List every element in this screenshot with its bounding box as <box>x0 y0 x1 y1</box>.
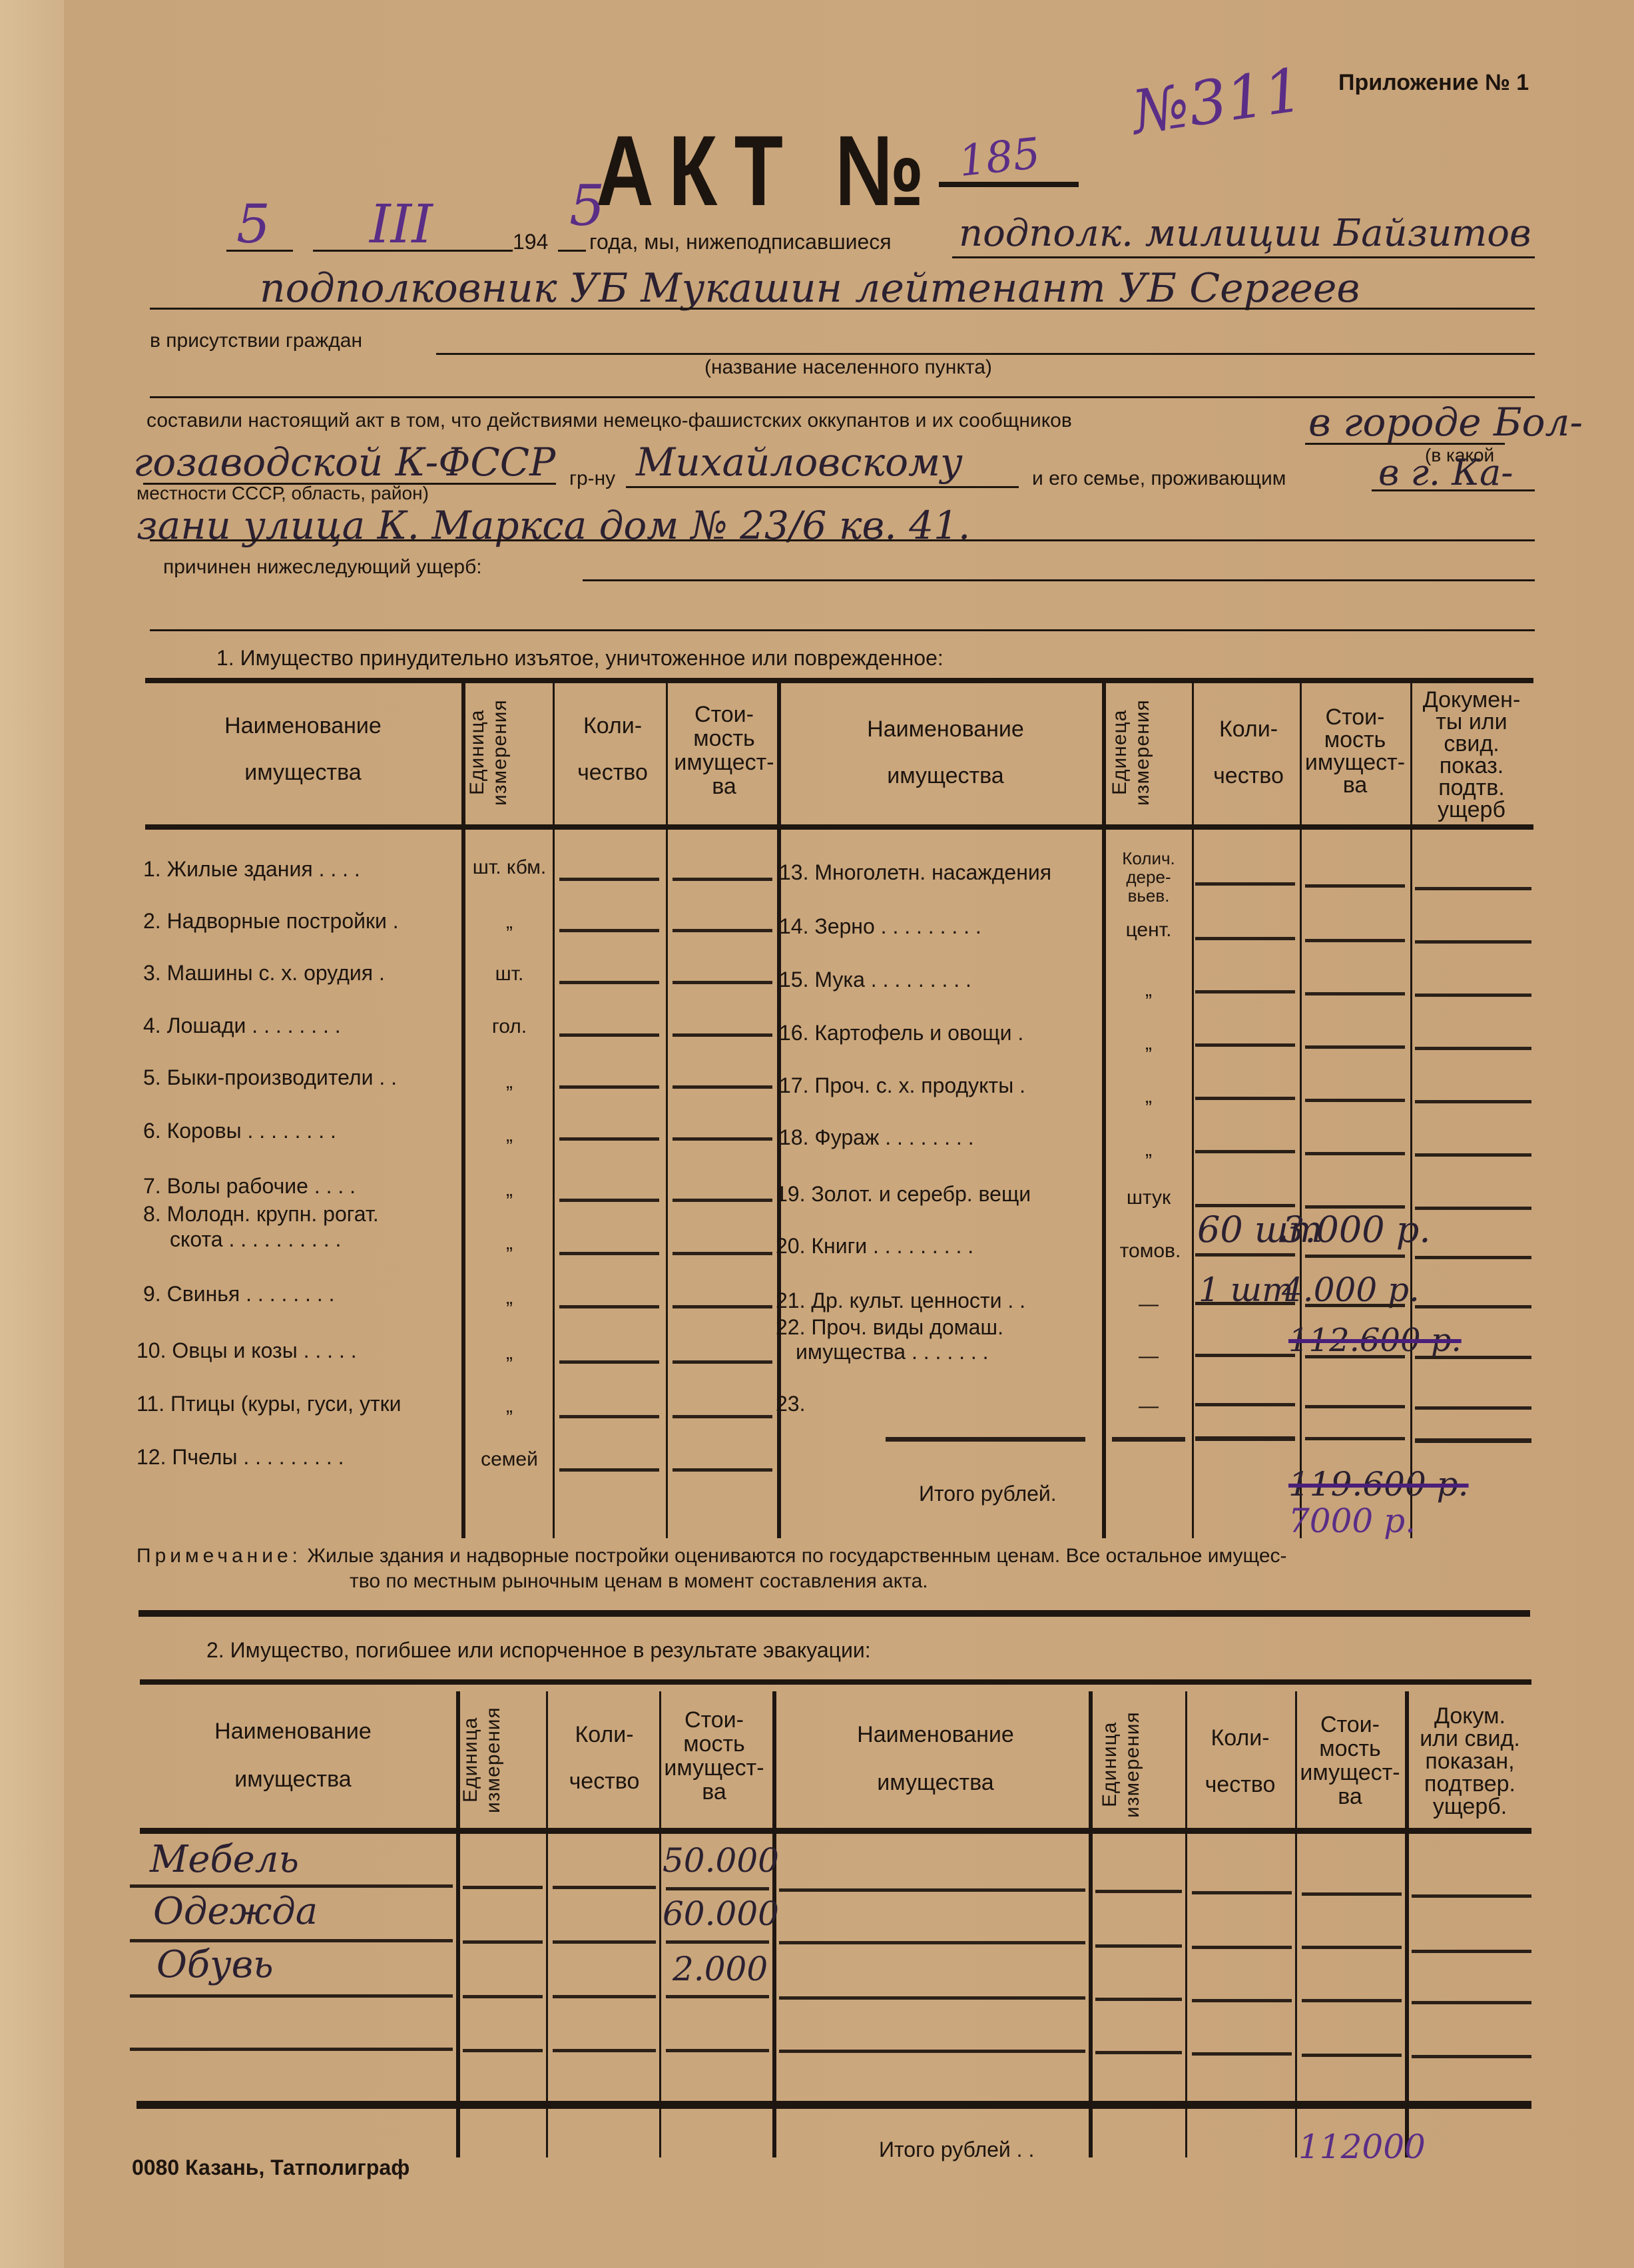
cost-field[interactable] <box>673 1199 772 1202</box>
list-item: 19. Золот. и серебр. вещи <box>776 1182 1031 1207</box>
s2-col-divider <box>1185 1691 1187 2157</box>
header-text: мость <box>659 1732 769 1756</box>
list-item: 5. Быки-производители . . <box>143 1065 397 1090</box>
docs-field[interactable] <box>1415 1256 1531 1259</box>
qty-field[interactable] <box>559 878 659 881</box>
list-item: 10. Овцы и козы . . . . . <box>136 1338 357 1363</box>
s1-header-cost-left: Стои- мость имущест- ва <box>669 703 779 798</box>
s2-col-divider <box>1405 1691 1409 2157</box>
household-cost-struck: 112.600 р. <box>1288 1322 1462 1359</box>
header-text: Наименование <box>782 716 1109 742</box>
s2-header-cost-left: Стои- мость имущест- ва <box>659 1708 769 1804</box>
signatories-line-2: подполковник УБ Мукашин лейтенант УБ Сер… <box>260 265 1360 312</box>
printer-imprint: 0080 Казань, Татполиграф <box>132 2155 409 2180</box>
qty-field[interactable] <box>1195 1097 1295 1100</box>
date-day-line <box>226 250 293 252</box>
cost-field[interactable] <box>673 1305 772 1308</box>
blank-line-2 <box>150 629 1535 631</box>
s1-col-divider <box>1192 683 1194 1538</box>
cost-field[interactable] <box>1305 1255 1405 1258</box>
s2-header-unit-left: Единица измерения <box>459 1697 513 1823</box>
docs-field[interactable] <box>1415 1153 1531 1157</box>
header-text: Стои- <box>1302 706 1408 728</box>
cost-field[interactable] <box>673 1033 772 1037</box>
list-item: 20. Книги . . . . . . . . . <box>776 1234 973 1259</box>
header-text: имущества <box>782 762 1109 789</box>
list-item: 18. Фураж . . . . . . . . <box>779 1125 974 1150</box>
list-item: 22. Проч. виды домаш. <box>776 1315 1003 1340</box>
docs-field[interactable] <box>1415 1305 1531 1308</box>
qty-field[interactable] <box>1195 1302 1295 1305</box>
s1-total-label: Итого рублей. <box>919 1482 1057 1506</box>
s2-total-label: Итого рублей . . <box>879 2137 1034 2162</box>
header-text: имущества <box>146 759 459 786</box>
books-cost: 3.000 р. <box>1282 1209 1431 1251</box>
list-item: 3. Машины с. х. орудия . <box>143 961 385 986</box>
s1-header-qty-right: Коли- чество <box>1199 716 1298 789</box>
qty-field[interactable] <box>559 929 659 932</box>
header-text: или свид. <box>1405 1727 1535 1750</box>
cost-field[interactable] <box>666 1995 769 1998</box>
page-title: АКТ № <box>596 113 939 228</box>
list-item: 23. <box>776 1392 805 1416</box>
cost-field[interactable] <box>673 1415 772 1418</box>
item-unit: „ <box>466 1179 553 1201</box>
header-text: мость <box>669 726 779 750</box>
item-unit: гол. <box>466 1015 553 1038</box>
cost-field[interactable] <box>1305 884 1405 888</box>
s1-col-divider <box>553 683 555 1538</box>
act-number: 185 <box>956 129 1042 186</box>
year-suffix: 5 <box>569 173 605 238</box>
cost-field[interactable] <box>673 929 772 932</box>
item-unit: Колич. дере- вьев. <box>1109 849 1189 905</box>
s2-col-divider <box>659 1691 661 2157</box>
qty-field[interactable] <box>1192 1946 1292 1949</box>
note-text-1: Жилые здания и надворные постройки оцени… <box>307 1545 1286 1567</box>
item-unit: шт. <box>466 963 553 986</box>
docs-field[interactable] <box>1415 887 1531 890</box>
name-field[interactable] <box>779 1941 1085 1944</box>
qty-field[interactable] <box>559 1033 659 1037</box>
note-text-2: тво по местным рыночным ценам в момент с… <box>350 1570 928 1593</box>
s2-col-divider <box>456 1691 460 2157</box>
section2-top-rule <box>140 1679 1531 1685</box>
s2-header-name-right: Наименование имущества <box>776 1721 1095 1796</box>
paper-fold <box>0 0 64 2268</box>
residence-line-1 <box>1372 489 1535 491</box>
header-text: Коли- <box>549 1721 659 1748</box>
presence-field[interactable] <box>436 330 1535 354</box>
total-rule <box>1305 1437 1405 1440</box>
cost-field[interactable] <box>1305 1355 1405 1358</box>
header-text: имущества <box>776 1769 1095 1796</box>
cost-field[interactable] <box>673 1360 772 1364</box>
header-text: Наименование <box>146 712 459 739</box>
item-unit: „ <box>466 1286 553 1309</box>
unit-field[interactable] <box>1095 1944 1182 1948</box>
total-rule <box>1195 1436 1295 1441</box>
qty-field[interactable] <box>559 1137 659 1141</box>
qty-field[interactable] <box>559 1305 659 1308</box>
cost-field[interactable] <box>1305 1152 1405 1155</box>
date-day: 5 <box>236 193 270 255</box>
docs-field[interactable] <box>1415 1047 1531 1050</box>
presence-line <box>436 353 1535 355</box>
row-cost: 60.000 <box>663 1894 779 1933</box>
name-field[interactable] <box>130 1884 453 1888</box>
list-item: 14. Зерно . . . . . . . . . <box>779 914 981 939</box>
item-unit: — <box>1109 1395 1189 1418</box>
header-text: свид. <box>1412 733 1531 755</box>
item-unit: „ <box>466 1395 553 1418</box>
header-text: ущерб. <box>1405 1795 1535 1818</box>
location-hand-2: гозаводской К-ФССР <box>133 439 555 485</box>
s1-total-struck: 119.600 р. <box>1288 1465 1469 1504</box>
s1-col-divider <box>461 683 465 1538</box>
list-item-continued: скота . . . . . . . . . . <box>170 1227 341 1252</box>
qty-field[interactable] <box>559 1415 659 1418</box>
year-text: года, мы, нижеподписавшиеся <box>589 230 892 254</box>
header-text: подтвер. <box>1405 1773 1535 1795</box>
item-unit: цент. <box>1109 919 1189 942</box>
s1-header-docs: Докумен- ты или свид. показ. подтв. ущер… <box>1412 689 1531 821</box>
total-rule <box>1112 1437 1185 1442</box>
residence-hand-1: в г. Ка- <box>1378 451 1513 493</box>
s1-header-qty-left: Коли- чество <box>556 712 669 786</box>
compiled-text: составили настоящий акт в том, что дейст… <box>146 410 1072 432</box>
list-item-continued: имущества . . . . . . . <box>796 1340 989 1364</box>
settlement-caption: (название населенного пункта) <box>704 356 992 379</box>
s2-header-qty-left: Коли- чество <box>549 1721 659 1795</box>
header-text: Докум. <box>1405 1705 1535 1727</box>
cost-field[interactable] <box>673 878 772 881</box>
header-text: мость <box>1302 728 1408 751</box>
header-text: имущест- <box>1295 1761 1405 1785</box>
date-month-line <box>313 250 513 252</box>
family-label: и его семье, проживающим <box>1032 467 1286 490</box>
docs-field[interactable] <box>1412 2055 1531 2058</box>
blank-line-1 <box>150 396 1535 398</box>
unit-field[interactable] <box>463 1940 543 1944</box>
qty-field[interactable] <box>1195 1150 1295 1153</box>
qty-field[interactable] <box>553 1886 656 1889</box>
cost-field[interactable] <box>1302 1999 1402 2002</box>
item-unit: „ <box>1109 1085 1189 1108</box>
qty-field[interactable] <box>1192 2052 1292 2056</box>
name-field[interactable] <box>130 2048 453 2051</box>
act-number-underline <box>939 182 1079 187</box>
header-text: мость <box>1295 1737 1405 1761</box>
section2-header-rule <box>140 1828 1531 1836</box>
item-unit: штук <box>1109 1187 1189 1209</box>
s2-header-cost-right: Стои- мость имущест- ва <box>1295 1713 1405 1809</box>
docs-field[interactable] <box>1415 1356 1531 1359</box>
row-cost: 2.000 <box>673 1950 768 1988</box>
qty-field[interactable] <box>1195 1253 1295 1257</box>
qty-field[interactable] <box>1195 1204 1295 1207</box>
name-field[interactable] <box>779 1888 1085 1892</box>
cost-field[interactable] <box>666 2049 769 2052</box>
cost-field[interactable] <box>673 1468 772 1472</box>
row-name: Обувь <box>156 1943 274 1986</box>
unit-field[interactable] <box>463 2049 543 2052</box>
list-item: 6. Коровы . . . . . . . . <box>143 1119 336 1143</box>
qty-field[interactable] <box>1192 1891 1292 1894</box>
header-text: Стои- <box>1295 1713 1405 1737</box>
cost-field[interactable] <box>1302 2054 1402 2057</box>
qty-field[interactable] <box>1195 1043 1295 1047</box>
cost-field[interactable] <box>1305 992 1405 995</box>
docs-field[interactable] <box>1415 1207 1531 1210</box>
item-unit: семей <box>466 1448 553 1471</box>
header-text: Наименование <box>143 1718 443 1745</box>
item-unit: „ <box>1109 1032 1189 1055</box>
cost-field[interactable] <box>673 1137 772 1141</box>
s1-header-cost-right: Стои- мость имущест- ва <box>1302 706 1408 796</box>
note-label: Примечание: <box>136 1545 302 1567</box>
damage-label: причинен нижеследующий ущерб: <box>163 556 482 579</box>
list-item: 1. Жилые здания . . . . <box>143 857 360 882</box>
date-month: III <box>370 193 433 255</box>
citizen-line <box>626 486 1019 488</box>
qty-field[interactable] <box>559 1252 659 1255</box>
qty-field[interactable] <box>559 1468 659 1472</box>
list-item: 9. Свинья . . . . . . . . <box>143 1282 334 1306</box>
row-name: Мебель <box>150 1838 299 1881</box>
name-field[interactable] <box>779 1996 1085 2000</box>
s2-header-name-left: Наименование имущества <box>143 1718 443 1793</box>
s2-header-docs: Докум. или свид. показан, подтвер. ущерб… <box>1405 1705 1535 1818</box>
header-text: Докумен- <box>1412 689 1531 711</box>
docs-field[interactable] <box>1415 1100 1531 1103</box>
s2-col-divider <box>1089 1691 1093 2157</box>
signatories-line-1: подполк. милиции Байзитов <box>959 212 1531 255</box>
s1-col-divider <box>1102 683 1106 1538</box>
item-unit: „ <box>466 1342 553 1364</box>
qty-field[interactable] <box>559 1199 659 1202</box>
cost-field[interactable] <box>673 1252 772 1255</box>
list-item: 2. Надворные постройки . <box>143 909 399 934</box>
location-hand-1: в городе Бол- <box>1308 400 1583 445</box>
citizen-label: гр-ну <box>569 467 615 490</box>
item-unit: „ <box>466 911 553 934</box>
qty-field[interactable] <box>559 1085 659 1089</box>
header-text: Стои- <box>659 1708 769 1732</box>
docs-field[interactable] <box>1415 1406 1531 1410</box>
qty-field[interactable] <box>1192 1999 1292 2002</box>
header-text: Коли- <box>1189 1725 1292 1751</box>
header-text: чество <box>556 759 669 786</box>
header-text: Стои- <box>669 703 779 726</box>
item-unit: „ <box>466 1071 553 1093</box>
header-text: Наименование <box>776 1721 1095 1748</box>
list-item: 7. Волы рабочие . . . . <box>143 1174 356 1199</box>
section1-header-rule <box>145 824 1533 830</box>
cost-field[interactable] <box>666 1887 769 1890</box>
qty-field[interactable] <box>559 1360 659 1364</box>
qty-field[interactable] <box>553 1940 656 1944</box>
signatories-line-2-rule <box>150 308 1535 310</box>
cost-field[interactable] <box>673 1085 772 1089</box>
unit-field[interactable] <box>1095 1998 1182 2001</box>
unit-field[interactable] <box>463 1995 543 1998</box>
list-item: 4. Лошади . . . . . . . . <box>143 1013 341 1038</box>
total-rule <box>1415 1438 1531 1443</box>
s1-header-unit-left: Единица измерения <box>466 693 519 812</box>
header-text: показан, <box>1405 1750 1535 1773</box>
item-unit: „ <box>466 1232 553 1255</box>
list-item: 11. Птицы (куры, гуси, утки <box>136 1392 401 1416</box>
cost-field[interactable] <box>1305 1099 1405 1102</box>
header-text: имущест- <box>1302 751 1408 774</box>
qty-field[interactable] <box>1195 1403 1295 1406</box>
list-item: 21. Др. культ. ценности . . <box>776 1288 1025 1313</box>
list-item: 17. Проч. с. х. продукты . <box>779 1073 1025 1098</box>
location-caption-2: местности СССР, область, район) <box>136 483 429 504</box>
list-item: 13. Многолетн. насаждения <box>779 860 1051 885</box>
list-item: 8. Молодн. крупн. рогат. <box>143 1202 379 1227</box>
s1-header-name-right: Наименование имущества <box>782 716 1109 789</box>
header-text: имущества <box>143 1766 443 1793</box>
header-text: ва <box>1295 1785 1405 1809</box>
damage-line <box>583 579 1535 581</box>
presence-label: в присутствии граждан <box>150 330 362 352</box>
year-prefix: 194 <box>513 230 548 254</box>
cost-field[interactable] <box>1302 1892 1402 1896</box>
citizen-name: Михайловскому <box>636 439 963 485</box>
header-text: ва <box>669 774 779 798</box>
item-unit: „ <box>1109 979 1189 1001</box>
docs-field[interactable] <box>1412 1950 1531 1953</box>
header-text: чество <box>1199 762 1298 789</box>
list-item: 12. Пчелы . . . . . . . . . <box>136 1445 344 1470</box>
name-field[interactable] <box>130 1994 453 1998</box>
note: Примечание: Жилые здания и надворные пос… <box>136 1545 1287 1567</box>
s1-col-divider <box>666 683 668 1538</box>
row-name: Одежда <box>153 1890 318 1933</box>
s1-header-unit-right: Единеца измерения <box>1109 693 1162 812</box>
header-text: имущест- <box>659 1756 769 1780</box>
section1-title: 1. Имущество принудительно изъятое, унич… <box>216 646 944 671</box>
s1-col-divider <box>1410 683 1412 1538</box>
qty-field[interactable] <box>559 981 659 984</box>
item-unit: — <box>1109 1293 1189 1316</box>
header-text: чество <box>1189 1771 1292 1798</box>
s1-header-name-left: Наименование имущества <box>146 712 459 786</box>
name-field[interactable] <box>779 2050 1085 2053</box>
s2-total-value: 112000 <box>1298 2127 1426 2166</box>
qty-field[interactable] <box>1195 990 1295 993</box>
s2-col-divider <box>546 1691 548 2157</box>
header-text: ты или <box>1412 711 1531 733</box>
section1-top-rule <box>145 678 1533 683</box>
docs-field[interactable] <box>1415 940 1531 944</box>
qty-field[interactable] <box>553 1995 656 1998</box>
header-text: Коли- <box>1199 716 1298 742</box>
s2-bottom-rule <box>136 2101 1531 2109</box>
signatories-line-1-rule <box>952 256 1535 258</box>
total-rule <box>886 1437 1085 1442</box>
s1-col-divider <box>1300 683 1302 1538</box>
cost-field[interactable] <box>1305 1304 1405 1307</box>
appendix-label: Приложение № 1 <box>1338 70 1529 96</box>
s2-col-divider <box>1295 1691 1297 2157</box>
s1-total-corrected: 7000 р. <box>1288 1502 1416 1540</box>
unit-field[interactable] <box>1095 2051 1182 2054</box>
unit-field[interactable] <box>463 1886 543 1889</box>
cost-field[interactable] <box>1302 1946 1402 1949</box>
s2-header-unit-right: Единица измерения <box>1099 1701 1152 1828</box>
header-text: имущест- <box>669 750 779 774</box>
item-unit: томов. <box>1109 1240 1192 1263</box>
qty-field[interactable] <box>1195 882 1295 886</box>
list-item: 16. Картофель и овощи . <box>779 1021 1023 1045</box>
note-rule <box>138 1610 1530 1617</box>
item-unit: „ <box>1109 1139 1189 1161</box>
s2-header-qty-right: Коли- чество <box>1189 1725 1292 1798</box>
section2-title: 2. Имущество, погибшее или испорченное в… <box>206 1638 871 1663</box>
header-text: показ. <box>1412 755 1531 777</box>
header-text: ва <box>659 1780 769 1804</box>
header-text: ущерб <box>1412 799 1531 821</box>
docs-field[interactable] <box>1412 2001 1531 2004</box>
item-unit: „ <box>466 1124 553 1147</box>
header-text: чество <box>549 1768 659 1795</box>
header-text: ва <box>1302 774 1408 796</box>
header-text: Коли- <box>556 712 669 739</box>
cost-field[interactable] <box>1305 1405 1405 1408</box>
cost-field[interactable] <box>666 1940 769 1944</box>
docs-field[interactable] <box>1415 993 1531 997</box>
unit-field[interactable] <box>1095 1890 1182 1893</box>
year-line <box>558 250 586 252</box>
name-field[interactable] <box>130 1939 453 1942</box>
cost-field[interactable] <box>673 981 772 984</box>
residence-line-2 <box>150 539 1535 541</box>
docs-field[interactable] <box>1412 1894 1531 1898</box>
list-item: 15. Мука . . . . . . . . . <box>779 968 971 992</box>
cost-field[interactable] <box>1305 1205 1405 1209</box>
item-unit: — <box>1109 1345 1189 1368</box>
cost-field[interactable] <box>1305 1045 1405 1049</box>
item-unit: шт. кбм. <box>466 857 553 878</box>
row-cost: 50.000 <box>663 1841 779 1880</box>
cost-field[interactable] <box>1305 939 1405 942</box>
qty-field[interactable] <box>1195 937 1295 940</box>
qty-field[interactable] <box>1195 1354 1295 1357</box>
qty-field[interactable] <box>553 2049 656 2052</box>
header-text: подтв. <box>1412 777 1531 799</box>
